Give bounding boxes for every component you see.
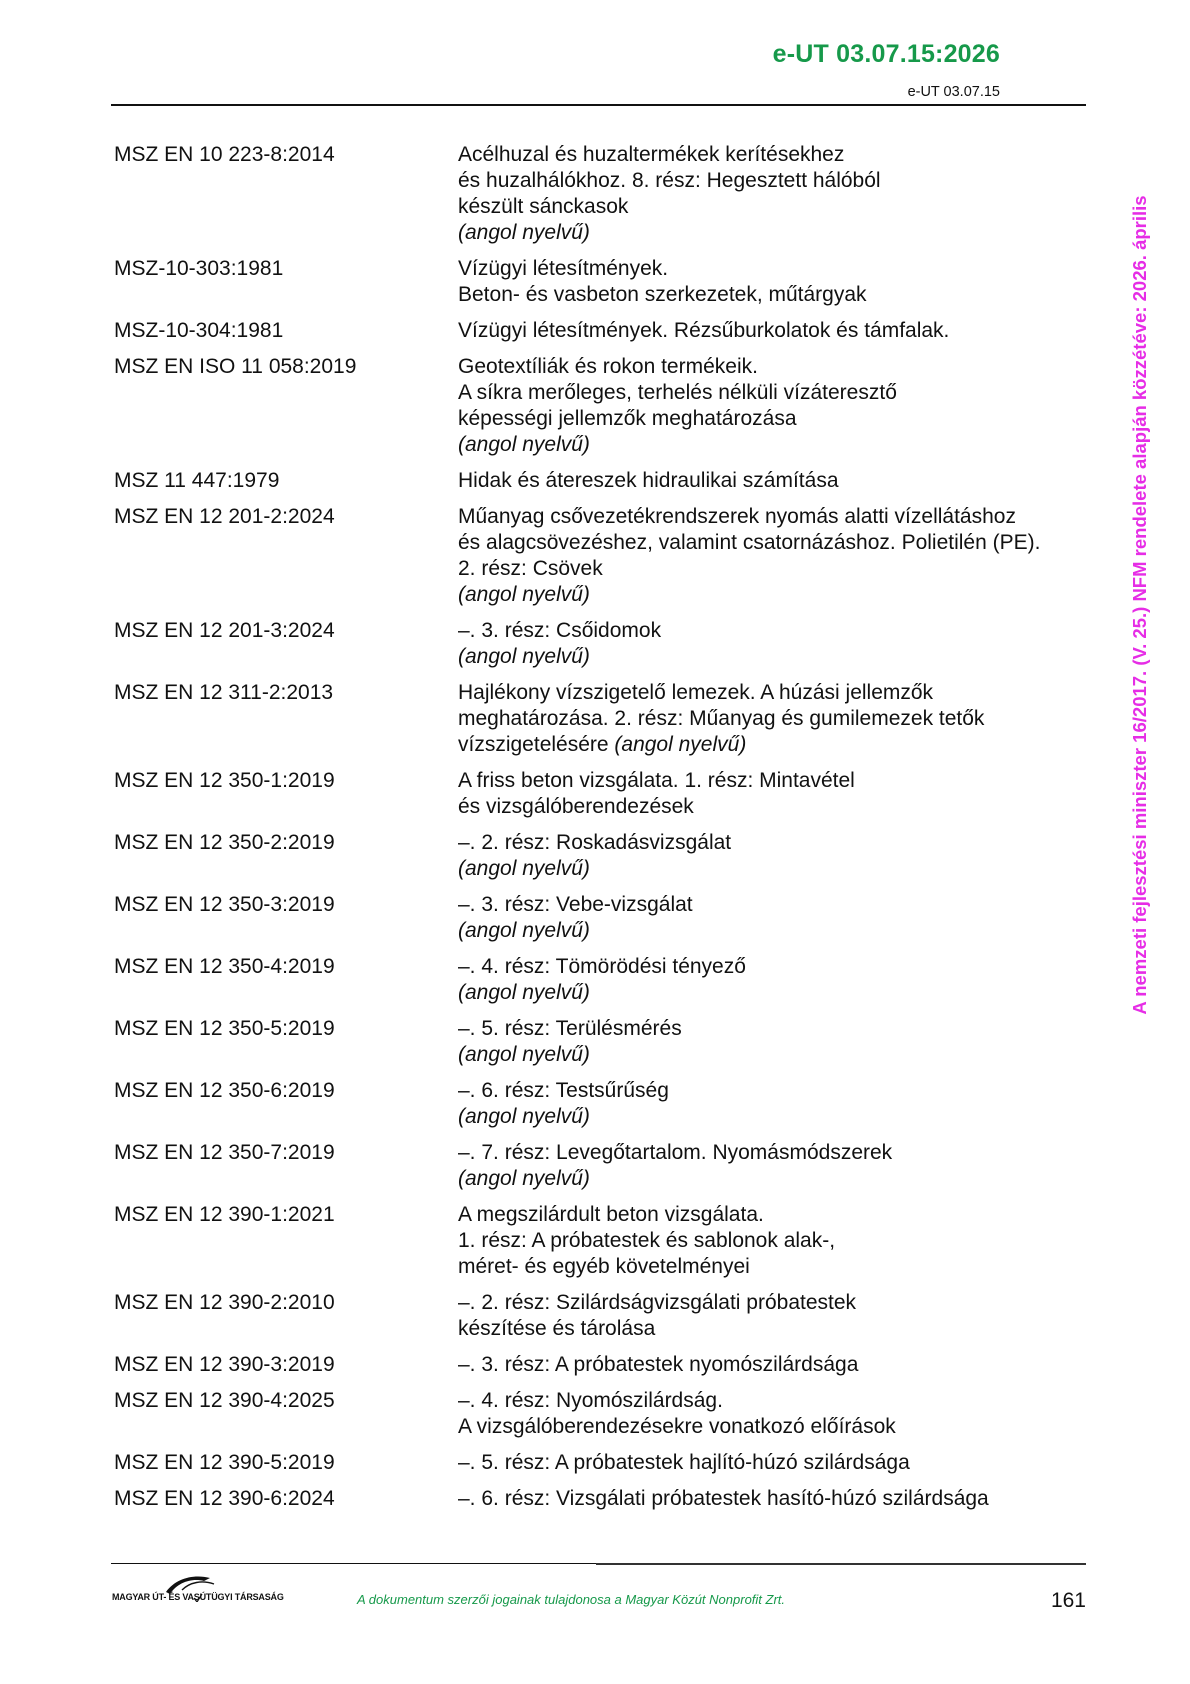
description-text: és vizsgálóberendezések	[458, 795, 694, 818]
description-line: –. 2. rész: Roskadásvizsgálat	[458, 830, 1094, 856]
table-row: MSZ EN 12 350-7:2019–. 7. rész: Levegőta…	[114, 1140, 1094, 1192]
description-line: (angol nyelvű)	[458, 1104, 1094, 1130]
description-text: –. 4. rész: Nyomószilárdság.	[458, 1389, 723, 1412]
standard-description: –. 5. rész: A próbatestek hajlító-húzó s…	[458, 1450, 1094, 1476]
standard-code: MSZ EN 12 390-4:2025	[114, 1388, 458, 1440]
standard-description: –. 3. rész: Vebe-vizsgálat(angol nyelvű)	[458, 892, 1094, 944]
description-text: vízszigetelésére	[458, 733, 614, 756]
description-text: Hajlékony vízszigetelő lemezek. A húzási…	[458, 681, 933, 704]
standard-code: MSZ EN 12 201-3:2024	[114, 618, 458, 670]
standard-code: MSZ EN ISO 11 058:2019	[114, 354, 458, 458]
standard-description: –. 4. rész: Tömörödési tényező(angol nye…	[458, 954, 1094, 1006]
description-line: Hidak és átereszek hidraulikai számítása	[458, 468, 1094, 494]
description-line: (angol nyelvű)	[458, 644, 1094, 670]
description-line: A friss beton vizsgálata. 1. rész: Minta…	[458, 768, 1094, 794]
language-note: (angol nyelvű)	[458, 645, 590, 668]
description-text: meghatározása. 2. rész: Műanyag és gumil…	[458, 707, 984, 730]
standard-description: Vízügyi létesítmények.Beton- és vasbeton…	[458, 256, 1094, 308]
table-row: MSZ EN 12 390-6:2024–. 6. rész: Vizsgála…	[114, 1486, 1094, 1512]
description-line: készítése és tárolása	[458, 1316, 1094, 1342]
description-line: Geotextíliák és rokon termékeik.	[458, 354, 1094, 380]
language-note: (angol nyelvű)	[458, 1105, 590, 1128]
table-row: MSZ EN 12 390-2:2010–. 2. rész: Szilárds…	[114, 1290, 1094, 1342]
description-line: –. 4. rész: Tömörödési tényező	[458, 954, 1094, 980]
description-text: –. 6. rész: Testsűrűség	[458, 1079, 669, 1102]
table-row: MSZ EN ISO 11 058:2019Geotextíliák és ro…	[114, 354, 1094, 458]
description-line: (angol nyelvű)	[458, 432, 1094, 458]
standard-code: MSZ 11 447:1979	[114, 468, 458, 494]
description-text: és alagcsövezéshez, valamint csatornázás…	[458, 531, 1040, 554]
standard-description: Acélhuzal és huzaltermékek kerítésekhezé…	[458, 142, 1094, 246]
standard-code: MSZ-10-304:1981	[114, 318, 458, 344]
standard-code: MSZ EN 12 350-4:2019	[114, 954, 458, 1006]
description-line: –. 2. rész: Szilárdságvizsgálati próbate…	[458, 1290, 1094, 1316]
standard-code: MSZ EN 12 390-6:2024	[114, 1486, 458, 1512]
language-note: (angol nyelvű)	[458, 857, 590, 880]
standard-code: MSZ EN 12 350-7:2019	[114, 1140, 458, 1192]
standard-code: MSZ EN 12 390-5:2019	[114, 1450, 458, 1476]
description-line: (angol nyelvű)	[458, 220, 1094, 246]
table-row: MSZ EN 12 390-5:2019–. 5. rész: A próbat…	[114, 1450, 1094, 1476]
description-line: (angol nyelvű)	[458, 1166, 1094, 1192]
description-text: A megszilárdult beton vizsgálata.	[458, 1203, 764, 1226]
standard-code: MSZ EN 12 350-2:2019	[114, 830, 458, 882]
standard-description: –. 2. rész: Roskadásvizsgálat(angol nyel…	[458, 830, 1094, 882]
standard-description: Vízügyi létesítmények. Rézsűburkolatok é…	[458, 318, 1094, 344]
standard-code: MSZ EN 12 311-2:2013	[114, 680, 458, 758]
standard-description: Műanyag csővezetékrendszerek nyomás alat…	[458, 504, 1094, 608]
page-number: 161	[1051, 1589, 1086, 1613]
language-note: (angol nyelvű)	[458, 221, 590, 244]
description-line: meghatározása. 2. rész: Műanyag és gumil…	[458, 706, 1094, 732]
standard-code: MSZ-10-303:1981	[114, 256, 458, 308]
table-row: MSZ EN 12 350-1:2019A friss beton vizsgá…	[114, 768, 1094, 820]
table-row: MSZ EN 12 350-5:2019–. 5. rész: Terülésm…	[114, 1016, 1094, 1068]
description-line: és huzalhálókhoz. 8. rész: Hegesztett há…	[458, 168, 1094, 194]
description-text: –. 4. rész: Tömörödési tényező	[458, 955, 746, 978]
description-line: és alagcsövezéshez, valamint csatornázás…	[458, 530, 1094, 556]
description-text: A síkra merőleges, terhelés nélküli vízá…	[458, 381, 897, 404]
description-text: 1. rész: A próbatestek és sablonok alak-…	[458, 1229, 835, 1252]
standards-table: MSZ EN 10 223-8:2014Acélhuzal és huzalte…	[114, 142, 1094, 1522]
standard-description: –. 6. rész: Testsűrűség(angol nyelvű)	[458, 1078, 1094, 1130]
description-text: Beton- és vasbeton szerkezetek, műtárgya…	[458, 283, 867, 306]
description-text: –. 3. rész: Csőidomok	[458, 619, 661, 642]
standard-code: MSZ EN 12 350-1:2019	[114, 768, 458, 820]
description-text: Hidak és átereszek hidraulikai számítása	[458, 469, 839, 492]
language-note: (angol nyelvű)	[458, 583, 590, 606]
description-line: –. 7. rész: Levegőtartalom. Nyomásmódsze…	[458, 1140, 1094, 1166]
footer-copyright: A dokumentum szerzői jogainak tulajdonos…	[357, 1592, 785, 1607]
standard-code: MSZ EN 12 390-3:2019	[114, 1352, 458, 1378]
description-text: A vizsgálóberendezésekre vonatkozó előír…	[458, 1415, 896, 1438]
description-line: (angol nyelvű)	[458, 856, 1094, 882]
description-line: vízszigetelésére (angol nyelvű)	[458, 732, 1094, 758]
standard-code: MSZ EN 12 350-6:2019	[114, 1078, 458, 1130]
footer-organization-name: MAGYAR ÚT- ÉS VASÚTÜGYI TÁRSASÁG	[112, 1592, 284, 1602]
table-row: MSZ 11 447:1979Hidak és átereszek hidrau…	[114, 468, 1094, 494]
standard-code: MSZ EN 12 350-5:2019	[114, 1016, 458, 1068]
standard-description: –. 5. rész: Terülésmérés(angol nyelvű)	[458, 1016, 1094, 1068]
document-code-main: e-UT 03.07.15:2026	[773, 40, 1000, 69]
description-line: –. 6. rész: Vizsgálati próbatestek hasít…	[458, 1486, 1094, 1512]
description-line: –. 5. rész: A próbatestek hajlító-húzó s…	[458, 1450, 1094, 1476]
standard-code: MSZ EN 10 223-8:2014	[114, 142, 458, 246]
table-row: MSZ EN 10 223-8:2014Acélhuzal és huzalte…	[114, 142, 1094, 246]
description-text: 2. rész: Csövek	[458, 557, 603, 580]
description-text: Geotextíliák és rokon termékeik.	[458, 355, 758, 378]
description-text: –. 3. rész: A próbatestek nyomószilárdsá…	[458, 1353, 858, 1376]
description-line: (angol nyelvű)	[458, 980, 1094, 1006]
standard-code: MSZ EN 12 350-3:2019	[114, 892, 458, 944]
standard-description: Hajlékony vízszigetelő lemezek. A húzási…	[458, 680, 1094, 758]
publication-side-note: A nemzeti fejlesztési miniszter 16/2017.…	[1129, 195, 1151, 1014]
description-line: (angol nyelvű)	[458, 918, 1094, 944]
description-line: –. 3. rész: A próbatestek nyomószilárdsá…	[458, 1352, 1094, 1378]
standard-code: MSZ EN 12 390-2:2010	[114, 1290, 458, 1342]
table-row: MSZ EN 12 350-2:2019–. 2. rész: Roskadás…	[114, 830, 1094, 882]
language-note: (angol nyelvű)	[614, 733, 746, 756]
description-line: –. 5. rész: Terülésmérés	[458, 1016, 1094, 1042]
description-line: 2. rész: Csövek	[458, 556, 1094, 582]
header-rule	[111, 104, 1086, 106]
standard-description: –. 2. rész: Szilárdságvizsgálati próbate…	[458, 1290, 1094, 1342]
standard-description: Hidak és átereszek hidraulikai számítása	[458, 468, 1094, 494]
standard-description: –. 3. rész: Csőidomok(angol nyelvű)	[458, 618, 1094, 670]
table-row: MSZ EN 12 390-4:2025–. 4. rész: Nyomószi…	[114, 1388, 1094, 1440]
description-line: –. 3. rész: Vebe-vizsgálat	[458, 892, 1094, 918]
description-line: (angol nyelvű)	[458, 582, 1094, 608]
table-row: MSZ EN 12 201-2:2024Műanyag csővezetékre…	[114, 504, 1094, 608]
description-text: és huzalhálókhoz. 8. rész: Hegesztett há…	[458, 169, 881, 192]
description-text: képességi jellemzők meghatározása	[458, 407, 797, 430]
document-code-short: e-UT 03.07.15	[908, 84, 1000, 100]
description-text: –. 6. rész: Vizsgálati próbatestek hasít…	[458, 1487, 989, 1510]
standard-description: –. 4. rész: Nyomószilárdság.A vizsgálóbe…	[458, 1388, 1094, 1440]
standard-code: MSZ EN 12 390-1:2021	[114, 1202, 458, 1280]
description-text: –. 7. rész: Levegőtartalom. Nyomásmódsze…	[458, 1141, 892, 1164]
description-line: Vízügyi létesítmények.	[458, 256, 1094, 282]
language-note: (angol nyelvű)	[458, 981, 590, 1004]
description-text: –. 5. rész: Terülésmérés	[458, 1017, 682, 1040]
description-line: A síkra merőleges, terhelés nélküli vízá…	[458, 380, 1094, 406]
table-row: MSZ-10-304:1981Vízügyi létesítmények. Ré…	[114, 318, 1094, 344]
standard-description: Geotextíliák és rokon termékeik.A síkra …	[458, 354, 1094, 458]
standard-description: A megszilárdult beton vizsgálata.1. rész…	[458, 1202, 1094, 1280]
table-row: MSZ EN 12 311-2:2013Hajlékony vízszigete…	[114, 680, 1094, 758]
description-line: (angol nyelvű)	[458, 1042, 1094, 1068]
description-text: készült sánckasok	[458, 195, 628, 218]
description-text: Műanyag csővezetékrendszerek nyomás alat…	[458, 505, 1016, 528]
description-text: –. 2. rész: Szilárdságvizsgálati próbate…	[458, 1291, 856, 1314]
table-row: MSZ EN 12 350-3:2019–. 3. rész: Vebe-viz…	[114, 892, 1094, 944]
table-row: MSZ EN 12 350-4:2019–. 4. rész: Tömörödé…	[114, 954, 1094, 1006]
description-line: Acélhuzal és huzaltermékek kerítésekhez	[458, 142, 1094, 168]
language-note: (angol nyelvű)	[458, 1167, 590, 1190]
standard-code: MSZ EN 12 201-2:2024	[114, 504, 458, 608]
standard-description: –. 7. rész: Levegőtartalom. Nyomásmódsze…	[458, 1140, 1094, 1192]
description-text: méret- és egyéb követelményei	[458, 1255, 750, 1278]
footer-rule-right	[596, 1563, 1086, 1565]
description-line: Hajlékony vízszigetelő lemezek. A húzási…	[458, 680, 1094, 706]
description-line: 1. rész: A próbatestek és sablonok alak-…	[458, 1228, 1094, 1254]
description-line: –. 3. rész: Csőidomok	[458, 618, 1094, 644]
description-text: Acélhuzal és huzaltermékek kerítésekhez	[458, 143, 844, 166]
description-line: Vízügyi létesítmények. Rézsűburkolatok é…	[458, 318, 1094, 344]
table-row: MSZ-10-303:1981Vízügyi létesítmények.Bet…	[114, 256, 1094, 308]
description-line: A vizsgálóberendezésekre vonatkozó előír…	[458, 1414, 1094, 1440]
description-line: és vizsgálóberendezések	[458, 794, 1094, 820]
description-text: Vízügyi létesítmények. Rézsűburkolatok é…	[458, 319, 949, 342]
description-text: –. 2. rész: Roskadásvizsgálat	[458, 831, 731, 854]
description-line: készült sánckasok	[458, 194, 1094, 220]
standard-description: –. 6. rész: Vizsgálati próbatestek hasít…	[458, 1486, 1094, 1512]
language-note: (angol nyelvű)	[458, 433, 590, 456]
description-line: képességi jellemzők meghatározása	[458, 406, 1094, 432]
description-line: méret- és egyéb követelményei	[458, 1254, 1094, 1280]
description-line: –. 4. rész: Nyomószilárdság.	[458, 1388, 1094, 1414]
description-text: –. 5. rész: A próbatestek hajlító-húzó s…	[458, 1451, 910, 1474]
table-row: MSZ EN 12 390-3:2019–. 3. rész: A próbat…	[114, 1352, 1094, 1378]
standard-description: A friss beton vizsgálata. 1. rész: Minta…	[458, 768, 1094, 820]
description-text: Vízügyi létesítmények.	[458, 257, 668, 280]
description-line: Műanyag csővezetékrendszerek nyomás alat…	[458, 504, 1094, 530]
description-line: A megszilárdult beton vizsgálata.	[458, 1202, 1094, 1228]
language-note: (angol nyelvű)	[458, 919, 590, 942]
footer-logo: MAGYAR ÚT- ÉS VASÚTÜGYI TÁRSASÁG	[112, 1572, 262, 1612]
description-text: –. 3. rész: Vebe-vizsgálat	[458, 893, 693, 916]
language-note: (angol nyelvű)	[458, 1043, 590, 1066]
description-text: készítése és tárolása	[458, 1317, 655, 1340]
side-note-container: A nemzeti fejlesztési miniszter 16/2017.…	[1122, 150, 1158, 1060]
table-row: MSZ EN 12 390-1:2021A megszilárdult beto…	[114, 1202, 1094, 1280]
description-line: –. 6. rész: Testsűrűség	[458, 1078, 1094, 1104]
footer-rule-left	[111, 1563, 596, 1564]
description-line: Beton- és vasbeton szerkezetek, műtárgya…	[458, 282, 1094, 308]
table-row: MSZ EN 12 201-3:2024–. 3. rész: Csőidomo…	[114, 618, 1094, 670]
standard-description: –. 3. rész: A próbatestek nyomószilárdsá…	[458, 1352, 1094, 1378]
table-row: MSZ EN 12 350-6:2019–. 6. rész: Testsűrű…	[114, 1078, 1094, 1130]
description-text: A friss beton vizsgálata. 1. rész: Minta…	[458, 769, 855, 792]
